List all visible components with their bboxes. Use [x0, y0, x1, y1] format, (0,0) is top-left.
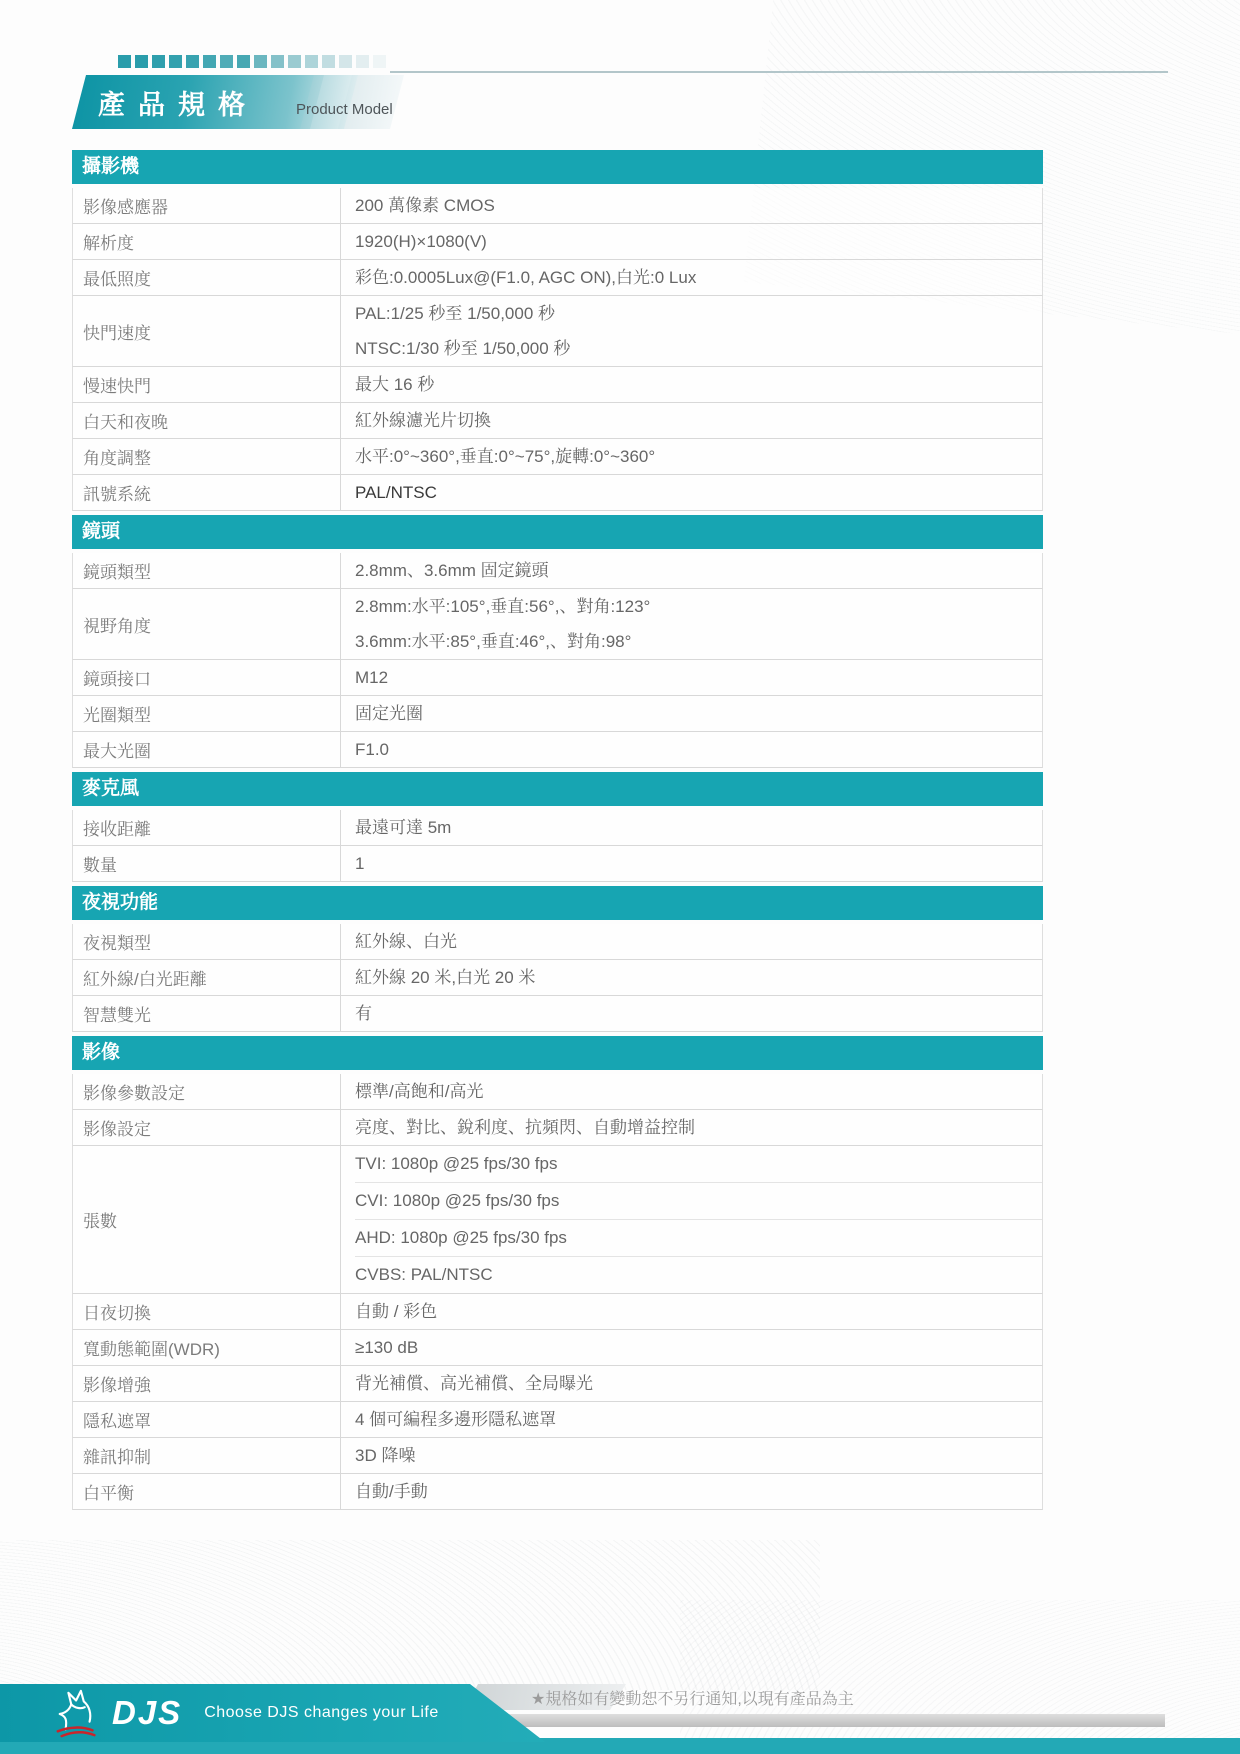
spec-value: 1920(H)×1080(V)	[341, 224, 1042, 259]
spec-row: 影像參數設定標準/高飽和/高光	[72, 1074, 1043, 1110]
spec-value: 自動 / 彩色	[341, 1294, 1042, 1329]
spec-label: 視野角度	[73, 589, 341, 659]
spec-label: 隱私遮罩	[73, 1402, 341, 1437]
section-header: 鏡頭	[72, 515, 1043, 549]
decor-square	[152, 55, 165, 68]
spec-value-line: 固定光圈	[355, 696, 1042, 731]
spec-value-line: 自動 / 彩色	[355, 1294, 1042, 1329]
spec-value-line: 最遠可達 5m	[355, 810, 1042, 845]
spec-label: 接收距離	[73, 810, 341, 845]
spec-label: 日夜切換	[73, 1294, 341, 1329]
spec-value-line: 2.8mm:水平:105°,垂直:56°,、對角:123°	[355, 589, 1042, 624]
spec-row: 白天和夜晚紅外線濾光片切換	[72, 403, 1043, 439]
spec-label: 紅外線/白光距離	[73, 960, 341, 995]
spec-value-line: M12	[355, 660, 1042, 695]
spec-value-line: 亮度、對比、銳利度、抗頻閃、自動增益控制	[355, 1110, 1042, 1145]
spec-value-line: ≥130 dB	[355, 1330, 1042, 1365]
section-header: 夜視功能	[72, 886, 1043, 920]
spec-row: 最低照度彩色:0.0005Lux@(F1.0, AGC ON),白光:0 Lux	[72, 260, 1043, 296]
spec-value-line: PAL/NTSC	[355, 475, 1042, 510]
spec-value-line: 1	[355, 846, 1042, 881]
spec-row: 光圈類型固定光圈	[72, 696, 1043, 732]
decor-square	[271, 55, 284, 68]
spec-row: 影像感應器200 萬像素 CMOS	[72, 188, 1043, 224]
spec-row: 夜視類型紅外線、白光	[72, 924, 1043, 960]
spec-value-line: TVI: 1080p @25 fps/30 fps	[355, 1146, 1042, 1183]
spec-value-line: 自動/手動	[355, 1474, 1042, 1509]
spec-row: 白平衡自動/手動	[72, 1474, 1043, 1510]
spec-label: 解析度	[73, 224, 341, 259]
spec-label: 角度調整	[73, 439, 341, 474]
spec-row: 最大光圈F1.0	[72, 732, 1043, 768]
spec-value-line: 紅外線濾光片切換	[355, 403, 1042, 438]
spec-value: 自動/手動	[341, 1474, 1042, 1509]
spec-value: 彩色:0.0005Lux@(F1.0, AGC ON),白光:0 Lux	[341, 260, 1042, 295]
spec-value-line: AHD: 1080p @25 fps/30 fps	[355, 1220, 1042, 1257]
spec-value: 3D 降噪	[341, 1438, 1042, 1473]
spec-row: 影像設定亮度、對比、銳利度、抗頻閃、自動增益控制	[72, 1110, 1043, 1146]
spec-label: 最大光圈	[73, 732, 341, 767]
spec-label: 光圈類型	[73, 696, 341, 731]
spec-row: 日夜切換自動 / 彩色	[72, 1294, 1043, 1330]
spec-value: 紅外線濾光片切換	[341, 403, 1042, 438]
spec-value-line: 標準/高飽和/高光	[355, 1074, 1042, 1109]
spec-value-line: CVI: 1080p @25 fps/30 fps	[355, 1183, 1042, 1220]
spec-row: 接收距離最遠可達 5m	[72, 810, 1043, 846]
spec-label: 數量	[73, 846, 341, 881]
spec-label: 鏡頭接口	[73, 660, 341, 695]
spec-value-line: 有	[355, 996, 1042, 1031]
spec-value: 最遠可達 5m	[341, 810, 1042, 845]
spec-value: M12	[341, 660, 1042, 695]
brand-slogan: Choose DJS changes your Life	[204, 1704, 439, 1722]
decor-square	[373, 55, 386, 68]
spec-value: F1.0	[341, 732, 1042, 767]
decor-square	[322, 55, 335, 68]
spec-row: 張數TVI: 1080p @25 fps/30 fpsCVI: 1080p @2…	[72, 1146, 1043, 1294]
spec-value: 1	[341, 846, 1042, 881]
decor-square	[288, 55, 301, 68]
spec-label: 影像感應器	[73, 188, 341, 223]
spec-label: 夜視類型	[73, 924, 341, 959]
spec-label: 智慧雙光	[73, 996, 341, 1031]
spec-row: 角度調整水平:0°~360°,垂直:0°~75°,旋轉:0°~360°	[72, 439, 1043, 475]
spec-row: 訊號系統PAL/NTSC	[72, 475, 1043, 511]
spec-value-line: CVBS: PAL/NTSC	[355, 1257, 1042, 1293]
spec-row: 數量1	[72, 846, 1043, 882]
decor-square	[118, 55, 131, 68]
spec-label: 影像增強	[73, 1366, 341, 1401]
spec-value: PAL:1/25 秒至 1/50,000 秒NTSC:1/30 秒至 1/50,…	[341, 296, 1042, 366]
spec-value-line: 水平:0°~360°,垂直:0°~75°,旋轉:0°~360°	[355, 439, 1042, 474]
decor-square	[339, 55, 352, 68]
spec-value-line: F1.0	[355, 732, 1042, 767]
spec-value: 紅外線、白光	[341, 924, 1042, 959]
footer-disclaimer-note: ★規格如有變動恕不另行通知,以現有產品為主	[531, 1686, 854, 1709]
spec-row: 雜訊抑制3D 降噪	[72, 1438, 1043, 1474]
header-rule-line	[390, 71, 1168, 73]
decor-squares-row	[118, 55, 386, 68]
spec-value-line: 3D 降噪	[355, 1438, 1042, 1473]
spec-row: 紅外線/白光距離紅外線 20 米,白光 20 米	[72, 960, 1043, 996]
spec-value: PAL/NTSC	[341, 475, 1042, 510]
decor-square	[135, 55, 148, 68]
background-wave-texture-bottom-left	[0, 1540, 820, 1690]
decor-square	[254, 55, 267, 68]
spec-value: 2.8mm:水平:105°,垂直:56°,、對角:123°3.6mm:水平:85…	[341, 589, 1042, 659]
spec-value-line: NTSC:1/30 秒至 1/50,000 秒	[355, 331, 1042, 366]
decor-square	[356, 55, 369, 68]
spec-value-line: 紅外線、白光	[355, 924, 1042, 959]
spec-value: 200 萬像素 CMOS	[341, 188, 1042, 223]
spec-value: 標準/高飽和/高光	[341, 1074, 1042, 1109]
spec-value-line: 3.6mm:水平:85°,垂直:46°,、對角:98°	[355, 624, 1042, 659]
spec-value-line: PAL:1/25 秒至 1/50,000 秒	[355, 296, 1042, 331]
decor-square	[203, 55, 216, 68]
spec-row: 視野角度2.8mm:水平:105°,垂直:56°,、對角:123°3.6mm:水…	[72, 589, 1043, 660]
footer-grey-bar	[505, 1714, 1165, 1727]
decor-square	[169, 55, 182, 68]
spec-value: 固定光圈	[341, 696, 1042, 731]
spec-row: 鏡頭類型2.8mm、3.6mm 固定鏡頭	[72, 553, 1043, 589]
spec-row: 快門速度PAL:1/25 秒至 1/50,000 秒NTSC:1/30 秒至 1…	[72, 296, 1043, 367]
spec-value-line: 紅外線 20 米,白光 20 米	[355, 960, 1042, 995]
spec-value: 紅外線 20 米,白光 20 米	[341, 960, 1042, 995]
spec-value: 水平:0°~360°,垂直:0°~75°,旋轉:0°~360°	[341, 439, 1042, 474]
spec-label: 白天和夜晚	[73, 403, 341, 438]
spec-value: 背光補償、高光補償、全局曝光	[341, 1366, 1042, 1401]
spec-value: TVI: 1080p @25 fps/30 fpsCVI: 1080p @25 …	[341, 1146, 1042, 1293]
page-title: 產品規格	[98, 83, 258, 122]
spec-value: 4 個可編程多邊形隱私遮罩	[341, 1402, 1042, 1437]
spec-label: 白平衡	[73, 1474, 341, 1509]
page-title-banner: 產品規格	[72, 75, 324, 129]
spec-label: 快門速度	[73, 296, 341, 366]
spec-value: 亮度、對比、銳利度、抗頻閃、自動增益控制	[341, 1110, 1042, 1145]
spec-row: 慢速快門最大 16 秒	[72, 367, 1043, 403]
section-header: 攝影機	[72, 150, 1043, 184]
spec-label: 張數	[73, 1146, 341, 1293]
spec-label: 雜訊抑制	[73, 1438, 341, 1473]
spec-value: 最大 16 秒	[341, 367, 1042, 402]
spec-value-line: 1920(H)×1080(V)	[355, 224, 1042, 259]
section-header: 麥克風	[72, 772, 1043, 806]
decor-square	[305, 55, 318, 68]
section-header: 影像	[72, 1036, 1043, 1070]
spec-row: 解析度1920(H)×1080(V)	[72, 224, 1043, 260]
spec-label: 最低照度	[73, 260, 341, 295]
brand-wordmark: DJS	[112, 1694, 182, 1732]
spec-value-line: 200 萬像素 CMOS	[355, 188, 1042, 223]
spec-row: 影像增強背光補償、高光補償、全局曝光	[72, 1366, 1043, 1402]
spec-label: 影像參數設定	[73, 1074, 341, 1109]
spec-value-line: 2.8mm、3.6mm 固定鏡頭	[355, 553, 1042, 588]
spec-row: 隱私遮罩4 個可編程多邊形隱私遮罩	[72, 1402, 1043, 1438]
decor-square	[220, 55, 233, 68]
spec-value-line: 4 個可編程多邊形隱私遮罩	[355, 1402, 1042, 1437]
spec-table: 攝影機影像感應器200 萬像素 CMOS解析度1920(H)×1080(V)最低…	[72, 150, 1043, 1510]
spec-value-line: 最大 16 秒	[355, 367, 1042, 402]
spec-label: 訊號系統	[73, 475, 341, 510]
spec-value-line: 彩色:0.0005Lux@(F1.0, AGC ON),白光:0 Lux	[355, 260, 1042, 295]
spec-value: 有	[341, 996, 1042, 1031]
unicorn-logo-icon	[52, 1687, 104, 1739]
decor-square	[237, 55, 250, 68]
spec-label: 寬動態範圍(WDR)	[73, 1330, 341, 1365]
decor-square	[186, 55, 199, 68]
spec-value: ≥130 dB	[341, 1330, 1042, 1365]
spec-label: 鏡頭類型	[73, 553, 341, 588]
spec-value: 2.8mm、3.6mm 固定鏡頭	[341, 553, 1042, 588]
page-subtitle: Product Model	[296, 101, 393, 118]
spec-row: 寬動態範圍(WDR)≥130 dB	[72, 1330, 1043, 1366]
spec-row: 鏡頭接口M12	[72, 660, 1043, 696]
spec-label: 影像設定	[73, 1110, 341, 1145]
spec-value-line: 背光補償、高光補償、全局曝光	[355, 1366, 1042, 1401]
spec-label: 慢速快門	[73, 367, 341, 402]
spec-row: 智慧雙光有	[72, 996, 1043, 1032]
